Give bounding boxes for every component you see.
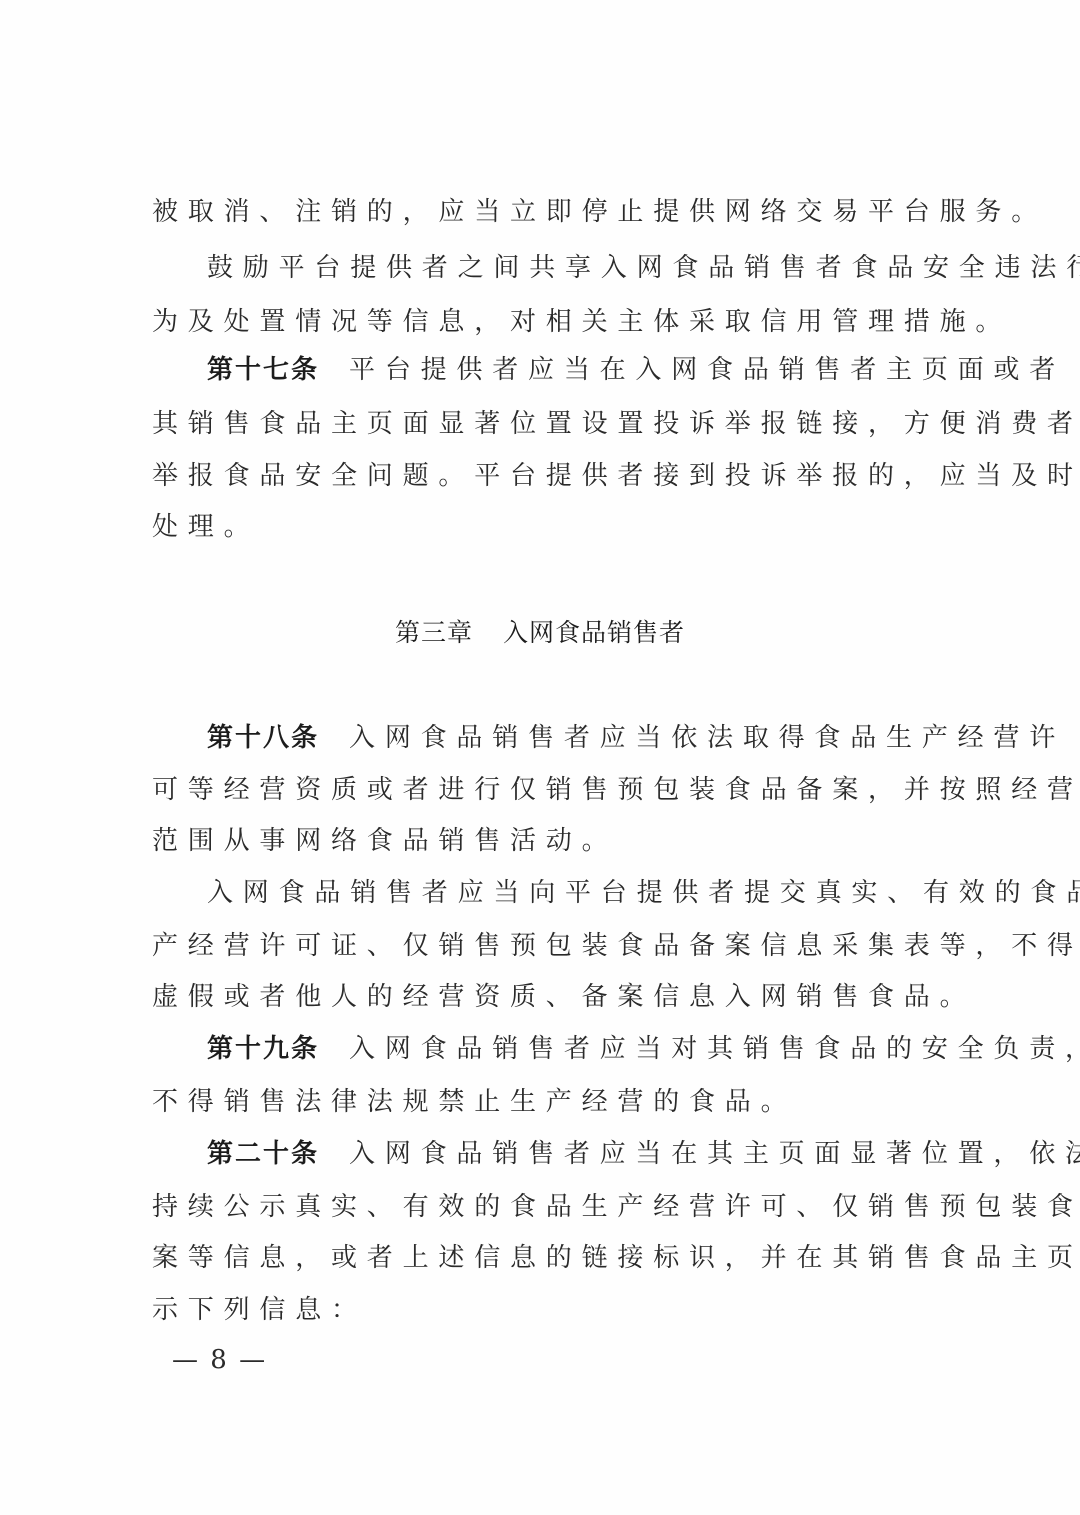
text-line: 入网食品销售者应当在其主页面显著位置，依法 [349, 1139, 1080, 1169]
text-line: 为及处置情况等信息，对相关主体采取信用管理措施。 [152, 302, 932, 342]
article-18-first-line: 第十八条入网食品销售者应当依法取得食品生产经营许 [207, 718, 987, 758]
text-line: 举报食品安全问题。平台提供者接到投诉举报的，应当及时 [152, 456, 932, 496]
text-line: 其销售食品主页面显著位置设置投诉举报链接，方便消费者投诉 [152, 404, 932, 444]
text-line: 不得销售法律法规禁止生产经营的食品。 [152, 1082, 932, 1122]
text-line: 示下列信息： [152, 1290, 932, 1330]
article-label: 第十九条 [207, 1034, 319, 1064]
text-line: 范围从事网络食品销售活动。 [152, 821, 932, 861]
chapter-heading: 第三章入网食品销售者 [0, 613, 1080, 653]
text-line: 处理。 [152, 507, 932, 547]
chapter-title: 入网食品销售者 [503, 618, 685, 647]
text-line: 平台提供者应当在入网食品销售者主页面或者 [349, 355, 1065, 385]
chapter-number: 第三章 [395, 618, 473, 647]
text-line: 被取消、注销的，应当立即停止提供网络交易平台服务。 [152, 192, 932, 232]
article-19-first-line: 第十九条入网食品销售者应当对其销售食品的安全负责， [207, 1029, 987, 1069]
article-20-first-line: 第二十条入网食品销售者应当在其主页面显著位置，依法 [207, 1134, 987, 1174]
article-17-first-line: 第十七条平台提供者应当在入网食品销售者主页面或者 [207, 350, 987, 390]
text-line: 持续公示真实、有效的食品生产经营许可、仅销售预包装食品备 [152, 1187, 932, 1227]
article-label: 第二十条 [207, 1139, 319, 1169]
text-line: 虚假或者他人的经营资质、备案信息入网销售食品。 [152, 977, 932, 1017]
text-line: 入网食品销售者应当依法取得食品生产经营许 [349, 723, 1065, 753]
document-page: 被取消、注销的，应当立即停止提供网络交易平台服务。 鼓励平台提供者之间共享入网食… [0, 0, 1080, 1515]
text-line: 可等经营资质或者进行仅销售预包装食品备案，并按照经营项目 [152, 770, 932, 810]
text-line: 入网食品销售者应当向平台提供者提交真实、有效的食品生 [207, 873, 987, 913]
article-label: 第十八条 [207, 723, 319, 753]
text-line: 产经营许可证、仅销售预包装食品备案信息采集表等，不得使用 [152, 926, 932, 966]
text-line: 鼓励平台提供者之间共享入网食品销售者食品安全违法行 [207, 248, 987, 288]
page-number: — 8 — [172, 1345, 267, 1375]
text-line: 案等信息，或者上述信息的链接标识，并在其销售食品主页面展 [152, 1238, 932, 1278]
text-line: 入网食品销售者应当对其销售食品的安全负责， [349, 1034, 1080, 1064]
article-label: 第十七条 [207, 355, 319, 385]
